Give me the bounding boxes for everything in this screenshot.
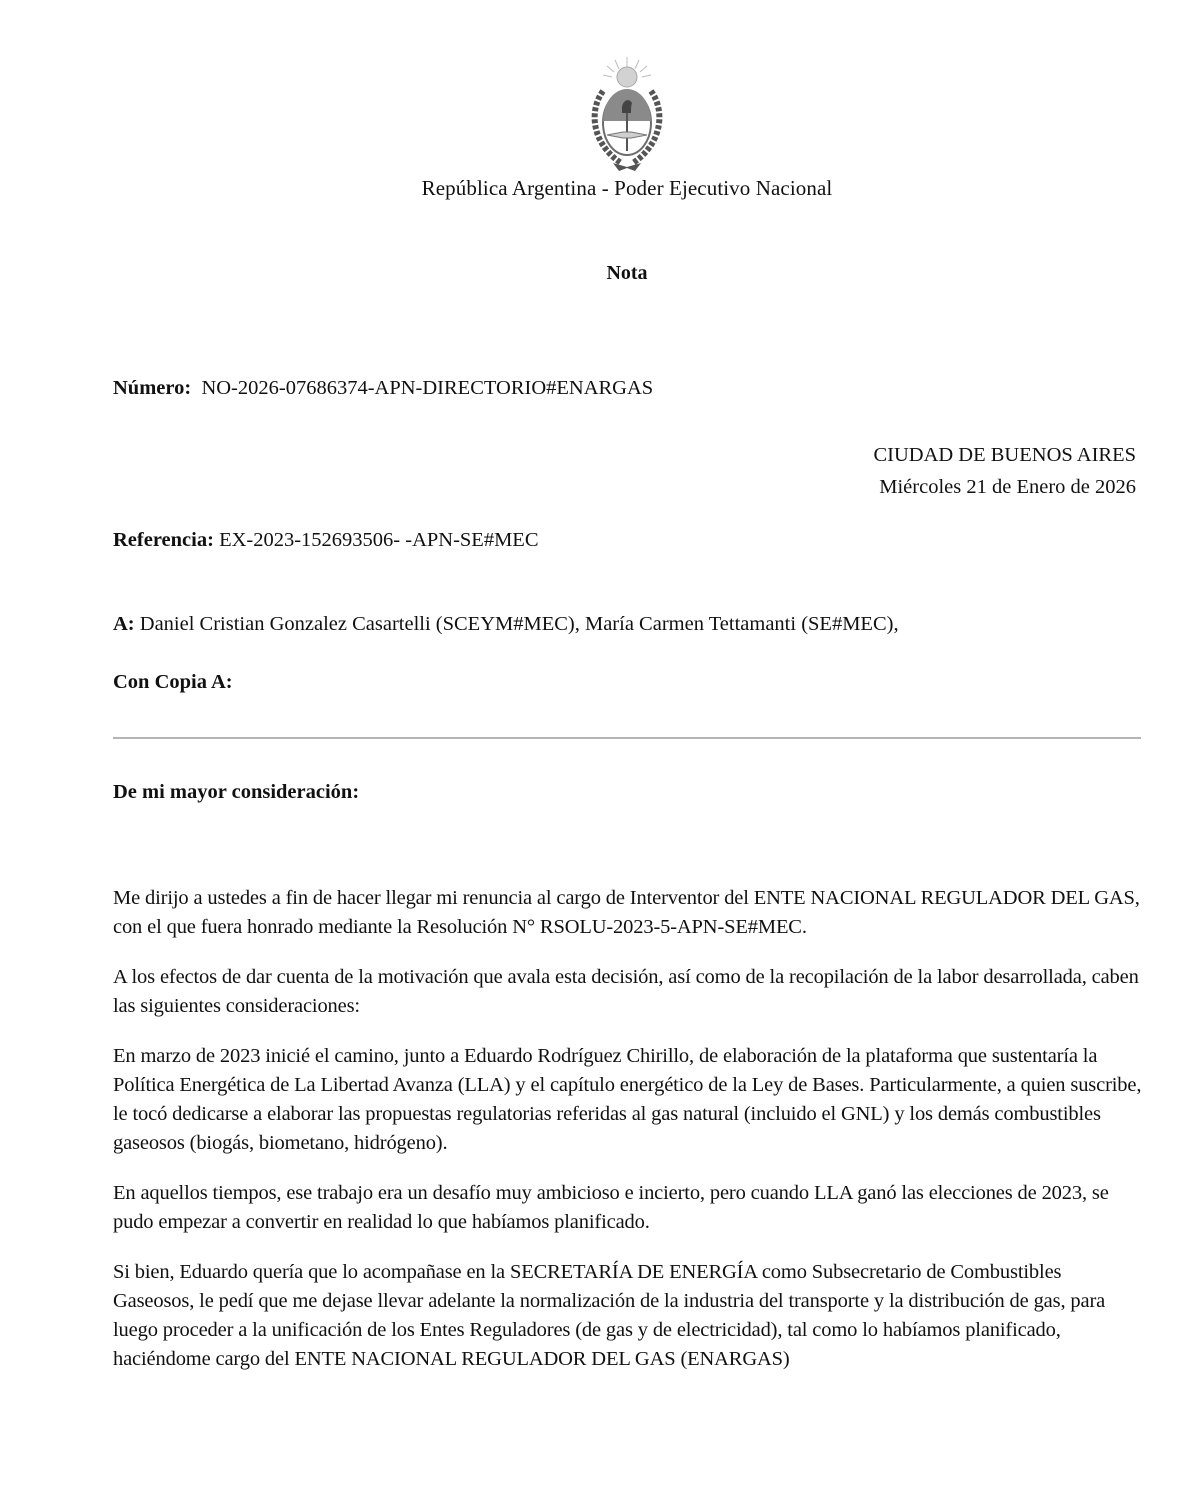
recipients-label: A: xyxy=(113,613,135,635)
paragraph: En aquellos tiempos, ese trabajo era un … xyxy=(113,1179,1143,1237)
letter-body: Me dirijo a ustedes a fin de hacer llega… xyxy=(113,884,1143,1395)
paragraph: En marzo de 2023 inicié el camino, junto… xyxy=(113,1042,1143,1158)
section-divider xyxy=(113,737,1141,739)
paragraph: Si bien, Eduardo quería que lo acompañas… xyxy=(113,1258,1143,1374)
paragraph: A los efectos de dar cuenta de la motiva… xyxy=(113,963,1143,1021)
document-number-value: NO-2026-07686374-APN-DIRECTORIO#ENARGAS xyxy=(201,377,653,399)
recipients: A: Daniel Cristian Gonzalez Casartelli (… xyxy=(113,613,899,636)
paragraph: Me dirijo a ustedes a fin de hacer llega… xyxy=(113,884,1143,942)
place-and-date: CIUDAD DE BUENOS AIRES Miércoles 21 de E… xyxy=(873,439,1136,503)
salutation: De mi mayor consideración: xyxy=(113,781,359,804)
reference-value: EX-2023-152693506- -APN-SE#MEC xyxy=(219,529,538,551)
argentina-coat-of-arms-icon xyxy=(585,55,669,175)
date: Miércoles 21 de Enero de 2026 xyxy=(873,471,1136,503)
issuer-title: República Argentina - Poder Ejecutivo Na… xyxy=(0,176,1200,201)
reference: Referencia: EX-2023-152693506- -APN-SE#M… xyxy=(113,529,539,552)
reference-label: Referencia: xyxy=(113,529,214,551)
document-number: Número: NO-2026-07686374-APN-DIRECTORIO#… xyxy=(113,377,653,400)
recipients-value: Daniel Cristian Gonzalez Casartelli (SCE… xyxy=(140,613,899,635)
carbon-copy: Con Copia A: xyxy=(113,671,233,694)
document-number-label: Número: xyxy=(113,377,191,399)
place: CIUDAD DE BUENOS AIRES xyxy=(873,439,1136,471)
carbon-copy-label: Con Copia A: xyxy=(113,671,233,693)
document-type: Nota xyxy=(0,262,1200,285)
